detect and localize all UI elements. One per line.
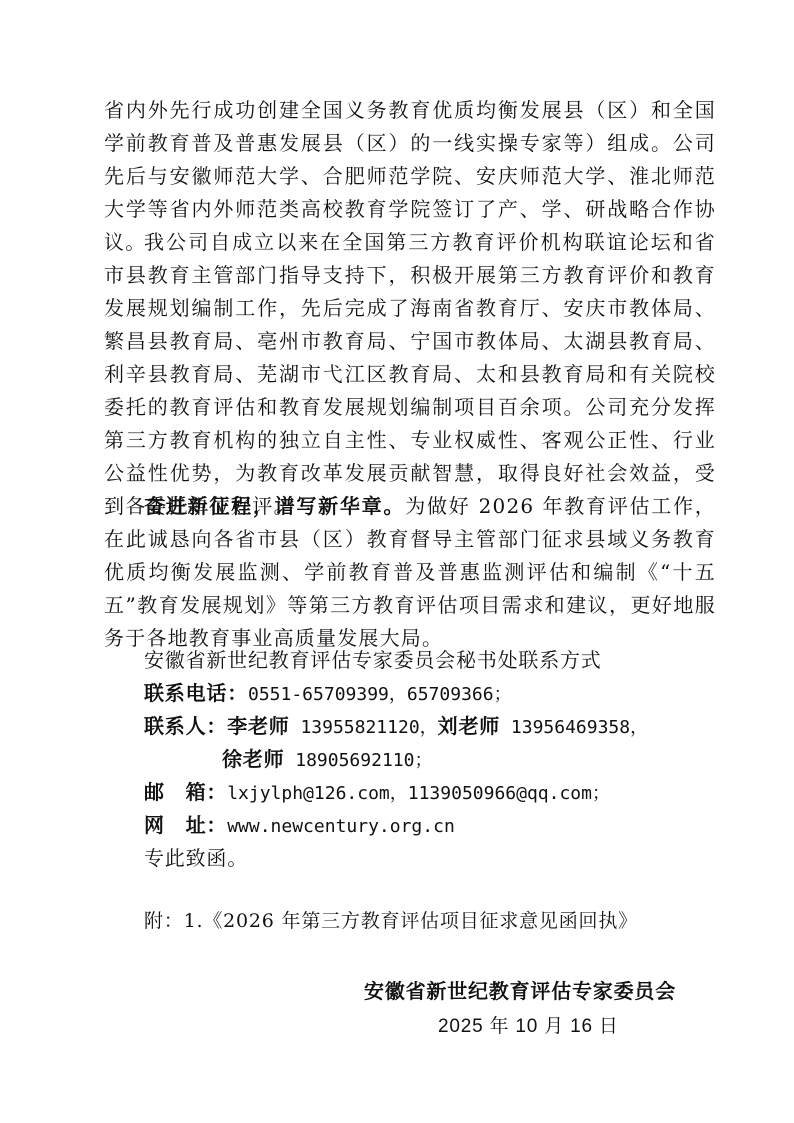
person-1-name: 李老师 xyxy=(227,714,289,738)
phone-label: 联系电话： xyxy=(144,681,248,705)
web-label: 网 址： xyxy=(144,813,227,837)
signature-date: 2025 年 10 月 16 日 xyxy=(438,1010,619,1043)
document-page: 省内外先行成功创建全国义务教育优质均衡发展县（区）和全国学前教育普及普惠发展县（… xyxy=(0,0,794,1123)
person-1-phone: 13955821120， xyxy=(290,717,438,738)
attachment-line: 附：1.《2026 年第三方教育评估项目征求意见函回执》 xyxy=(144,905,638,938)
contact-web-row: 网 址：www.newcentury.org.cn xyxy=(144,809,455,843)
person-3-name: 徐老师 xyxy=(222,747,284,771)
contact-heading: 安徽省新世纪教育评估专家委员会秘书处联系方式 xyxy=(144,644,602,677)
contact-person-row: 联系人：李老师 13955821120，刘老师 13956469358， xyxy=(144,710,648,744)
email-label: 邮 箱： xyxy=(144,780,227,804)
signature-org: 安徽省新世纪教育评估专家委员会 xyxy=(364,975,676,1008)
web-link[interactable]: www.newcentury.org.cn xyxy=(227,816,455,837)
paragraph-achievements: 我公司自成立以来在全国第三方教育评价机构联谊论坛和省市县教育主管部门指导支持下，… xyxy=(104,226,716,523)
contact-phone-row: 联系电话：0551-65709399，65709366； xyxy=(144,677,512,711)
paragraph-request-lead: 奋进新征程，谱写新华章。 xyxy=(144,494,405,518)
person-2-phone: 13956469358， xyxy=(500,717,648,738)
paragraph-request: 奋进新征程，谱写新华章。为做好 2026 年教育评估工作，在此诚恳向各省市县（区… xyxy=(104,490,716,655)
person-2-name: 刘老师 xyxy=(438,714,500,738)
contact-person-row-2: 徐老师 18905692110； xyxy=(222,743,432,777)
email-value[interactable]: lxjylph@126.com，1139050966@qq.com； xyxy=(227,783,610,804)
phone-value: 0551-65709399，65709366； xyxy=(248,684,512,705)
closing-line: 专此致函。 xyxy=(144,842,248,875)
contact-email-row: 邮 箱：lxjylph@126.com，1139050966@qq.com； xyxy=(144,776,610,810)
person-label: 联系人： xyxy=(144,714,227,738)
person-3-phone: 18905692110； xyxy=(284,750,432,771)
